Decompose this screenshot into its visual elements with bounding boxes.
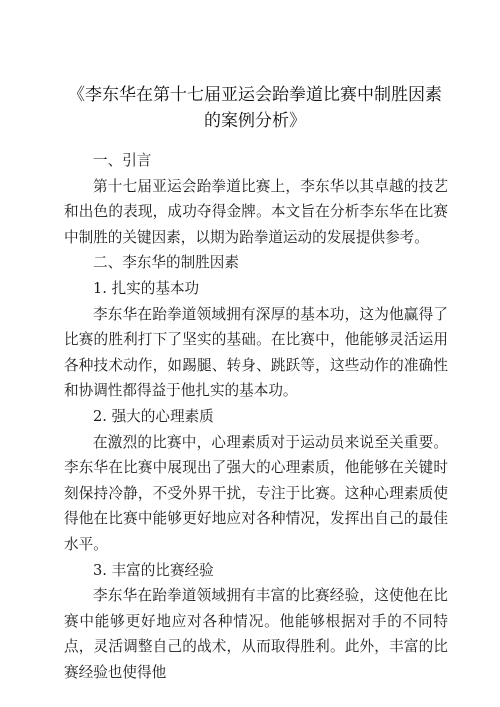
- document-body: 一、引言 第十七届亚运会跆拳道比赛上，李东华以其卓越的技艺和出色的表现，成功夺得…: [64, 148, 448, 685]
- paragraph-introduction: 第十七届亚运会跆拳道比赛上，李东华以其卓越的技艺和出色的表现，成功夺得金牌。本文…: [64, 174, 448, 251]
- section-heading-introduction: 一、引言: [64, 148, 448, 174]
- subheading-basic-skills: 1. 扎实的基本功: [64, 276, 448, 302]
- section-heading-winning-factors: 二、李东华的制胜因素: [64, 250, 448, 276]
- subheading-mental-quality: 2. 强大的心理素质: [64, 404, 448, 430]
- document-page: 《李东华在第十七届亚运会跆拳道比赛中制胜因素的案例分析》 一、引言 第十七届亚运…: [0, 0, 500, 707]
- subheading-competition-experience: 3. 丰富的比赛经验: [64, 558, 448, 584]
- paragraph-basic-skills: 李东华在跆拳道领域拥有深厚的基本功，这为他赢得了比赛的胜利打下了坚实的基础。在比…: [64, 302, 448, 404]
- paragraph-competition-experience: 李东华在跆拳道领域拥有丰富的比赛经验，这使他在比赛中能够更好地应对各种情况。他能…: [64, 583, 448, 685]
- document-title: 《李东华在第十七届亚运会跆拳道比赛中制胜因素的案例分析》: [60, 82, 450, 134]
- paragraph-mental-quality: 在激烈的比赛中，心理素质对于运动员来说至关重要。李东华在比赛中展现出了强大的心理…: [64, 430, 448, 558]
